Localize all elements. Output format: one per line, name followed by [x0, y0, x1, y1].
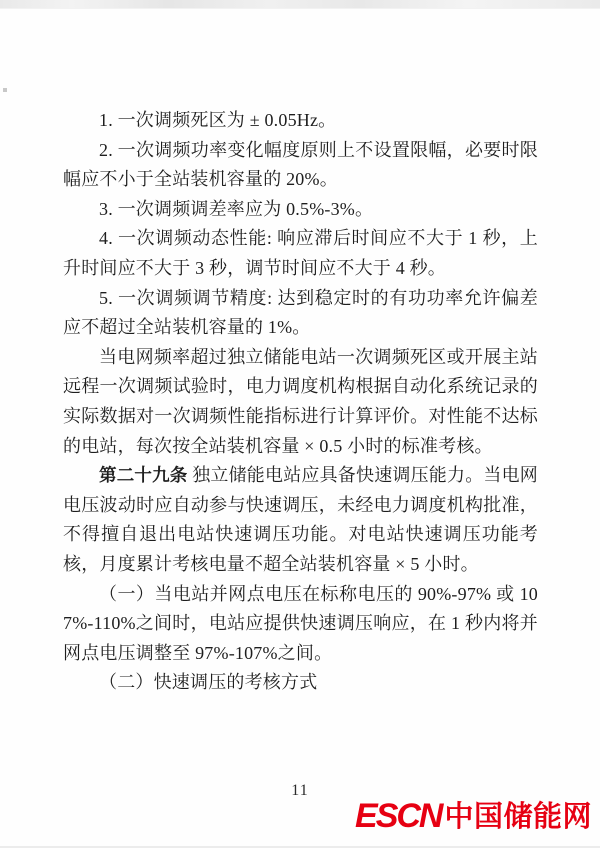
paragraph-text: 2. 一次调频功率变化幅度原则上不设置限幅，必要时限幅应不小于全站装机容量的 2… — [63, 140, 538, 190]
paragraph-article-29: 第二十九条 独立储能电站应具备快速调压能力。当电网电压波动时应自动参与快速调压，… — [63, 461, 538, 579]
scan-artifact-top-band — [0, 0, 600, 9]
page-number: 11 — [0, 782, 600, 800]
article-number-bold: 第二十九条 — [99, 465, 188, 485]
paragraph-subitem-2: （二）快速调压的考核方式 — [63, 668, 538, 698]
escn-logo-latin-text: ESCN — [355, 797, 441, 835]
document-body: 1. 一次调频死区为 ± 0.05Hz。 2. 一次调频功率变化幅度原则上不设置… — [63, 106, 538, 698]
paragraph-item-3: 3. 一次调频调差率应为 0.5%-3%。 — [63, 195, 538, 225]
paragraph-item-1: 1. 一次调频死区为 ± 0.05Hz。 — [63, 106, 538, 136]
paragraph-item-2: 2. 一次调频功率变化幅度原则上不设置限幅，必要时限幅应不小于全站装机容量的 2… — [63, 136, 538, 195]
paragraph-text: 当电网频率超过独立储能电站一次调频死区或开展主站远程一次调频试验时，电力调度机构… — [63, 347, 538, 456]
scan-artifact-speck — [3, 88, 7, 92]
paragraph-text: （二）快速调压的考核方式 — [99, 672, 317, 692]
paragraph-text: 1. 一次调频死区为 ± 0.05Hz。 — [99, 110, 336, 130]
paragraph-assessment: 当电网频率超过独立储能电站一次调频死区或开展主站远程一次调频试验时，电力调度机构… — [63, 343, 538, 461]
escn-logo: ESCN中国储能网 — [355, 799, 592, 840]
paragraph-item-4: 4. 一次调频动态性能: 响应滞后时间应不大于 1 秒，上升时间应不大于 3 秒… — [63, 224, 538, 283]
escn-logo-chinese-text: 中国储能网 — [444, 801, 592, 833]
paragraph-text: 4. 一次调频动态性能: 响应滞后时间应不大于 1 秒，上升时间应不大于 3 秒… — [63, 228, 538, 278]
paragraph-text: 5. 一次调频调节精度: 达到稳定时的有功功率允许偏差应不超过全站装机容量的 1… — [63, 288, 538, 338]
paragraph-text: （一）当电站并网点电压在标称电压的 90%-97% 或 107%-110%之间时… — [63, 584, 538, 663]
document-page: 1. 一次调频死区为 ± 0.05Hz。 2. 一次调频功率变化幅度原则上不设置… — [0, 0, 600, 848]
paragraph-subitem-1: （一）当电站并网点电压在标称电压的 90%-97% 或 107%-110%之间时… — [63, 580, 538, 669]
paragraph-text: 3. 一次调频调差率应为 0.5%-3%。 — [99, 199, 373, 219]
paragraph-item-5: 5. 一次调频调节精度: 达到稳定时的有功功率允许偏差应不超过全站装机容量的 1… — [63, 284, 538, 343]
